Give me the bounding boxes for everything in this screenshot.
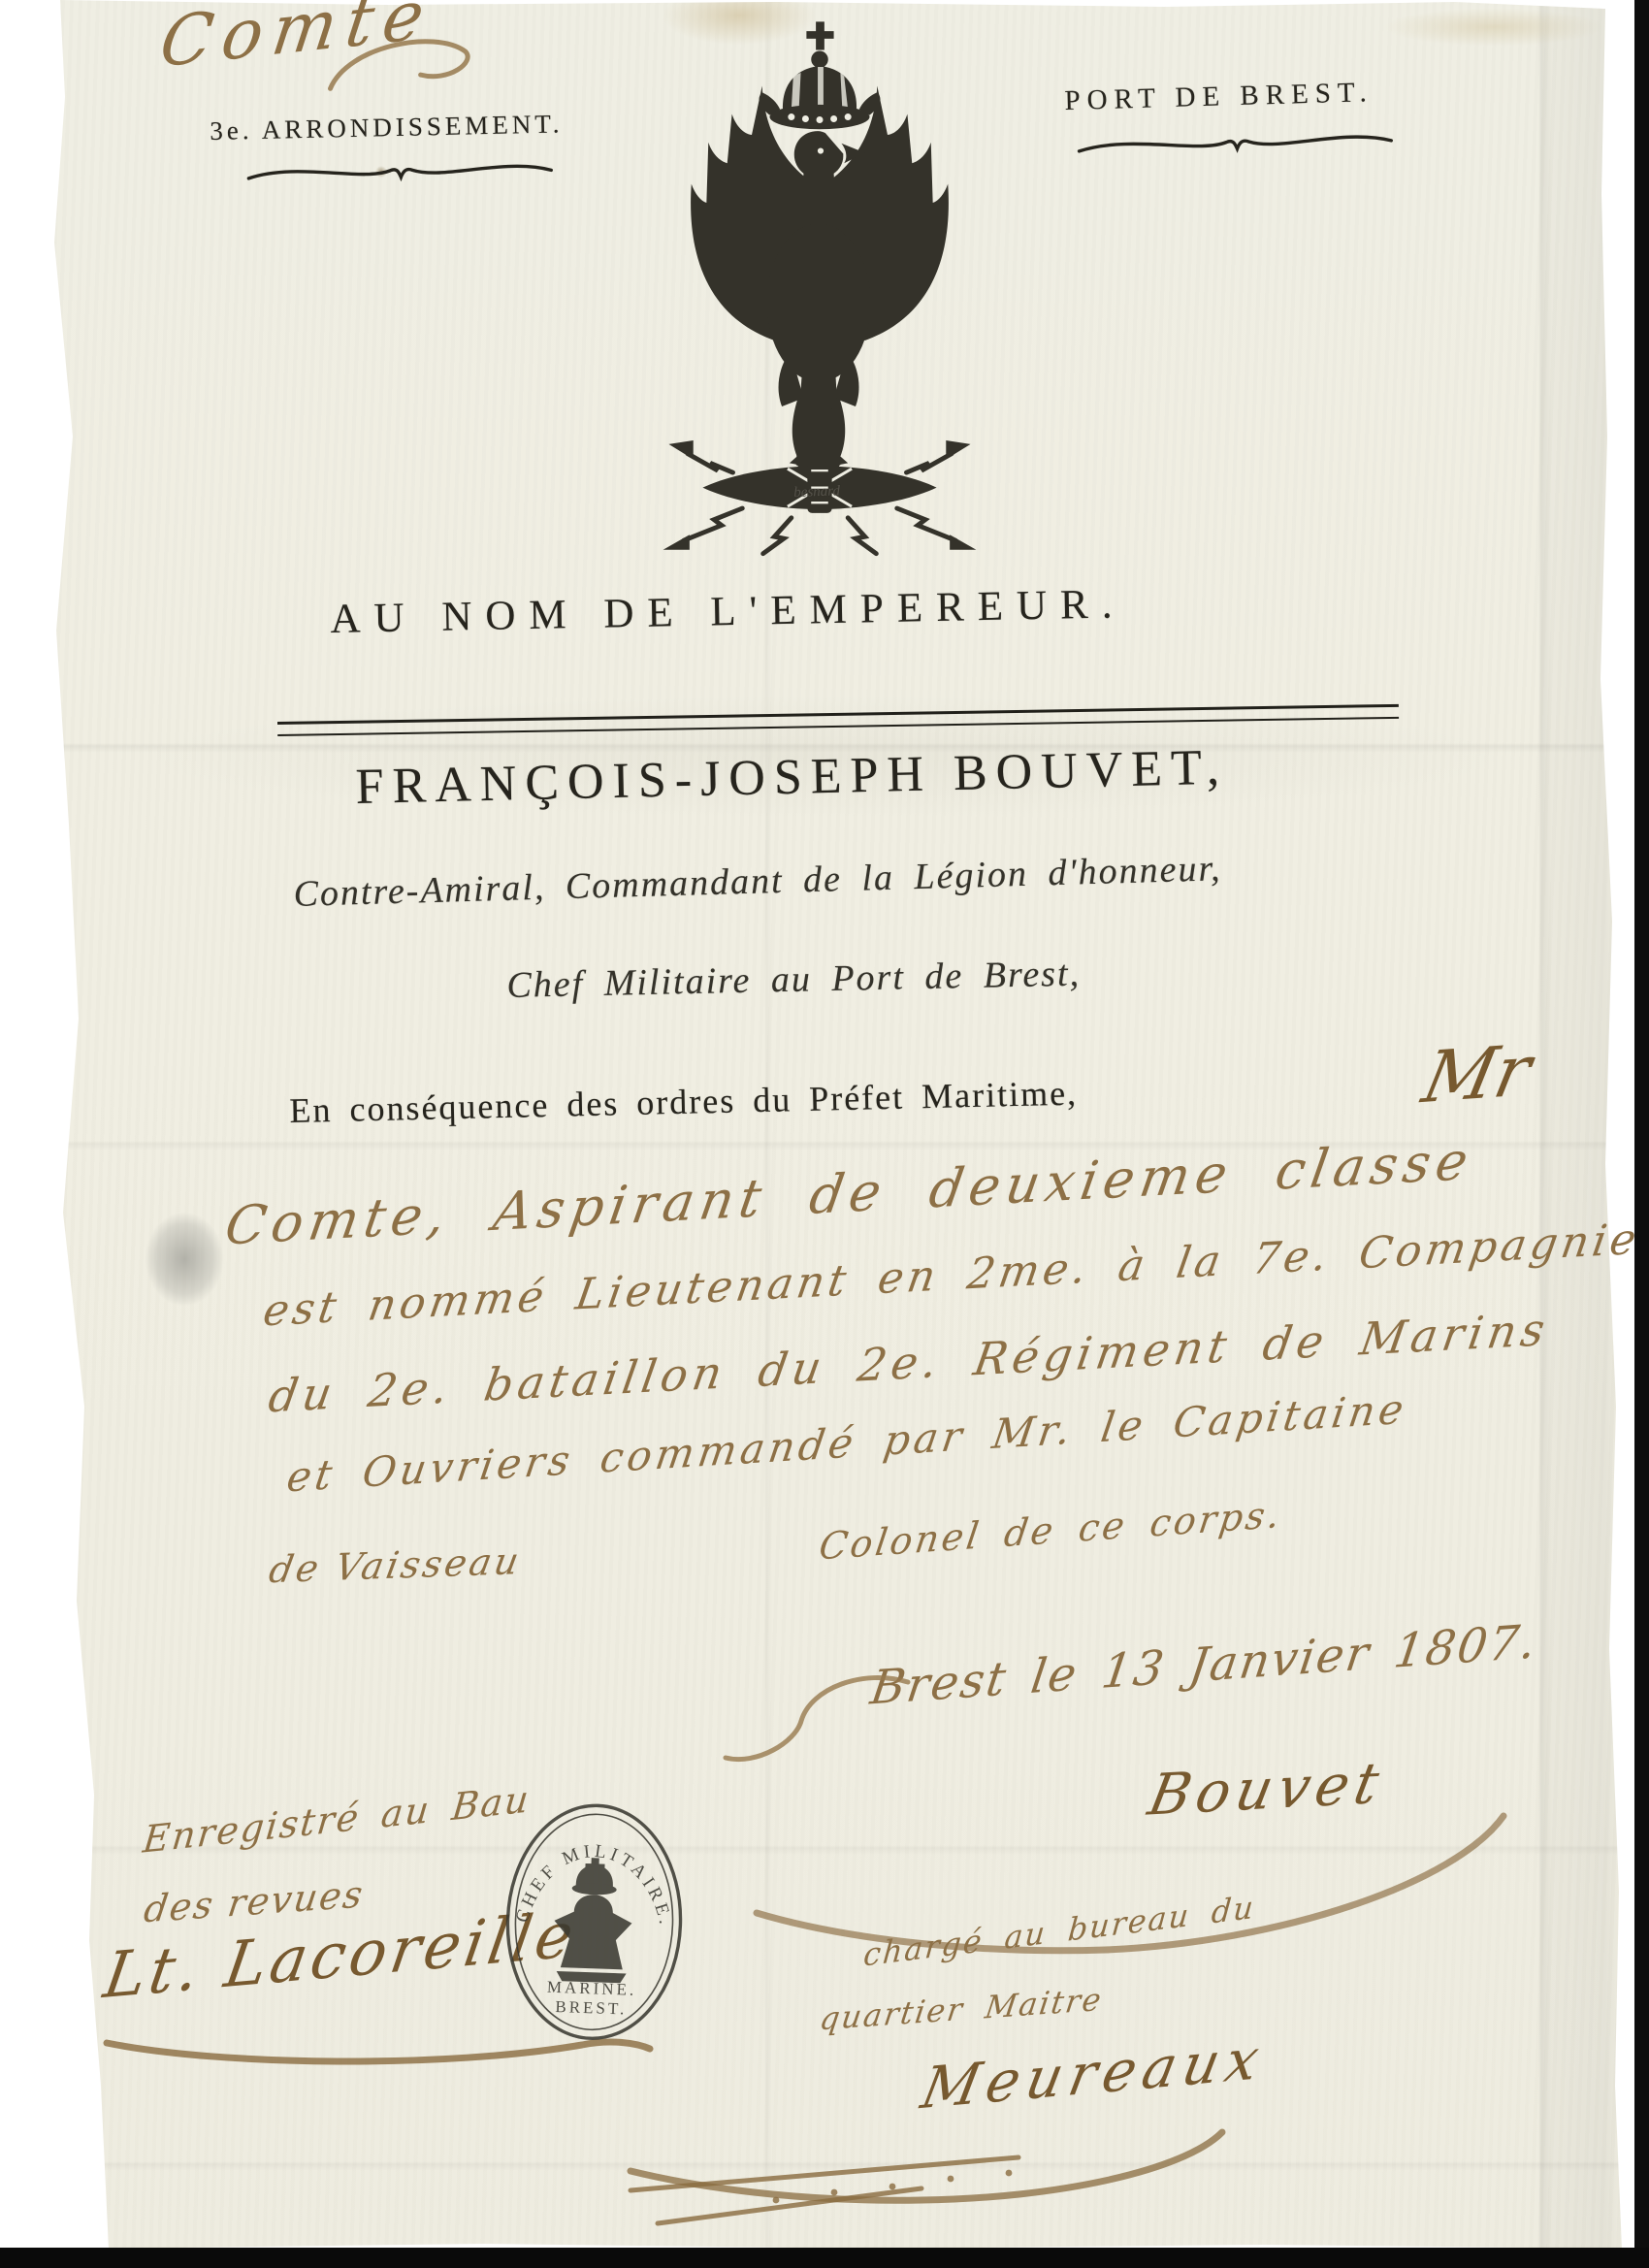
docket-flourish <box>320 25 480 103</box>
scanned-document: Comte 3e. ARRONDISSEMENT. PORT DE BREST. <box>0 0 1649 2268</box>
engraver-credit: besnard <box>793 483 840 502</box>
scanner-edge-right <box>1634 0 1649 2268</box>
bouvet-signature-flourish <box>737 1797 1513 1971</box>
stamp-line1: MARINE. <box>547 1978 637 1999</box>
dateline-flourish <box>718 1665 912 1781</box>
manuscript-honorific: Mr <box>1416 1028 1538 1118</box>
military-stamp: CHEF MILITAIRE. MARINE. BREST. <box>496 1795 694 2052</box>
quartermaster-signature-flourish <box>601 2115 1242 2241</box>
scanner-edge-bottom <box>0 2248 1649 2268</box>
manuscript-line5a: de Vaisseau <box>266 1539 525 1591</box>
stamp-line2: BREST. <box>555 1997 628 2019</box>
imperial-eagle-engraving <box>650 19 989 558</box>
